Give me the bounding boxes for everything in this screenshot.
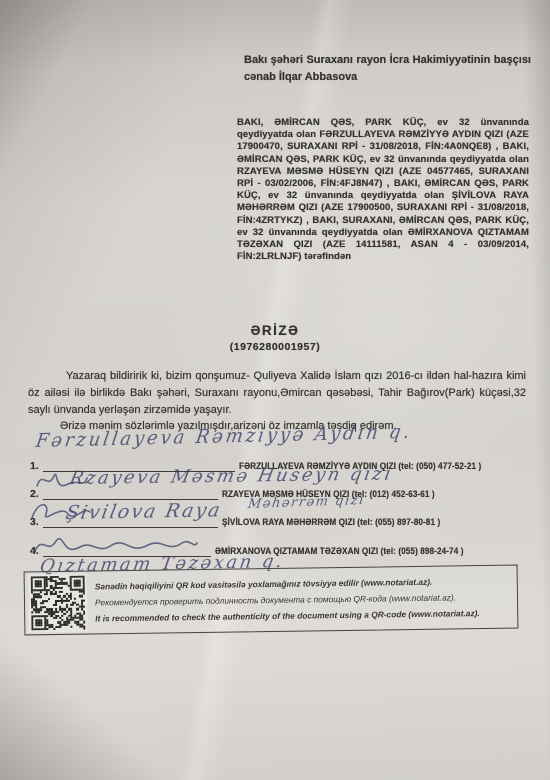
signature-row-4: 4. ƏMİRXANOVA QIZTAMAM TƏZƏXAN QIZI (tel… xyxy=(30,541,530,557)
signatory-name: RZAYEVA MƏSMƏ HÜSEYN QIZI (tel: (012) 45… xyxy=(222,489,435,500)
row-number: 3. xyxy=(30,516,39,528)
signature-row-3: 3. ŞİVİLOVA RAYA MƏHƏRRƏM QIZI (tel: (05… xyxy=(30,512,530,528)
signatory-name: FƏRZULLAYEVA RƏMZİYYƏ AYDIN QIZI (tel: (… xyxy=(239,461,481,472)
qr-code xyxy=(31,576,86,631)
document-title: ƏRİZƏ xyxy=(30,323,520,338)
signature-row-2: 2. RZAYEVA MƏSMƏ HÜSEYN QIZI (tel: (012)… xyxy=(30,484,530,500)
body-paragraph: Yazaraq bildiririk ki, bizim qonşumuz- Q… xyxy=(28,368,526,419)
row-number: 4. xyxy=(30,545,39,557)
qr-notes: Sənədin həqiqiliyini QR kod vasitəsilə y… xyxy=(95,573,512,627)
signature-line xyxy=(43,487,218,500)
signatory-name: ƏMİRXANOVA QIZTAMAM TƏZƏXAN QIZI (tel: (… xyxy=(215,546,464,557)
signature-row-1: 1. FƏRZULLAYEVA RƏMZİYYƏ AYDIN QIZI (tel… xyxy=(30,456,530,472)
signature-line xyxy=(43,544,211,557)
row-number: 2. xyxy=(30,488,39,500)
signature-line xyxy=(43,515,218,528)
document-number: (1976280001957) xyxy=(30,341,520,353)
applicants-block: BAKI, ƏMİRCAN QƏS, PARK KÜÇ, ev 32 ünvan… xyxy=(237,117,529,263)
signatory-name: ŞİVİLOVA RAYA MƏHƏRRƏM QIZI (tel: (055) … xyxy=(222,517,440,528)
qr-box: Sənədin həqiqiliyini QR kod vasitəsilə y… xyxy=(24,565,519,636)
document-paper: Bakı şəhəri Suraxanı rayon İcra Hakimiyy… xyxy=(0,0,550,780)
recipient-block: Bakı şəhəri Suraxanı rayon İcra Hakimiyy… xyxy=(244,52,531,86)
signature-line xyxy=(43,459,235,472)
row-number: 1. xyxy=(30,460,39,472)
